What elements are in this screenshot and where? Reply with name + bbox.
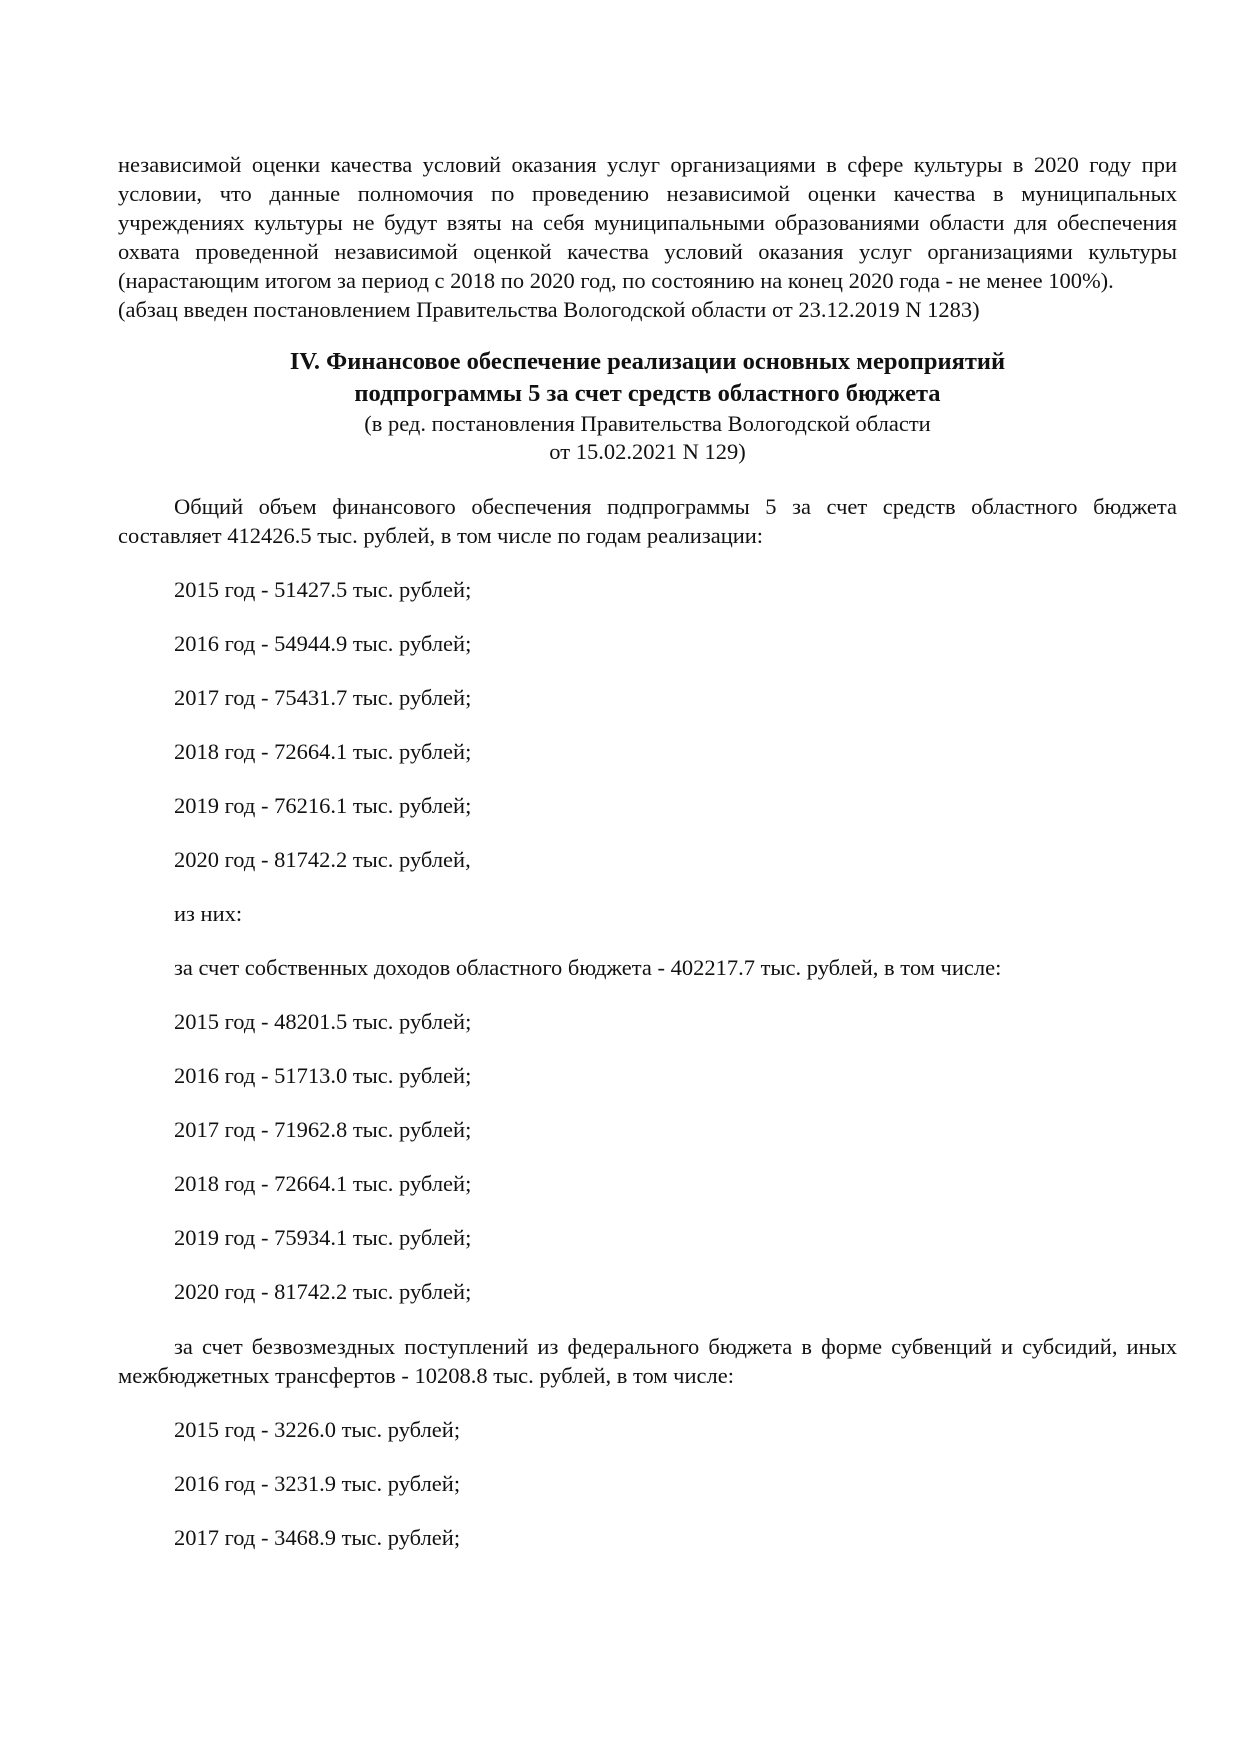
total-funding-paragraph: Общий объем финансового обеспечения подп…	[118, 492, 1177, 550]
section-heading: IV. Финансовое обеспечение реализации ос…	[118, 346, 1177, 466]
own-revenue-paragraph: за счет собственных доходов областного б…	[174, 953, 1177, 982]
document-page: независимой оценки качества условий оказ…	[118, 150, 1177, 1552]
section-amendment-line-2: от 15.02.2021 N 129)	[118, 438, 1177, 466]
amendment-note: (абзац введен постановлением Правительст…	[118, 295, 1177, 324]
of-them-label: из них:	[174, 899, 1177, 928]
federal-year-item: 2016 год - 3231.9 тыс. рублей;	[174, 1469, 1177, 1498]
total-year-item: 2019 год - 76216.1 тыс. рублей;	[174, 791, 1177, 820]
total-year-item: 2017 год - 75431.7 тыс. рублей;	[174, 683, 1177, 712]
own-revenue-year-item: 2016 год - 51713.0 тыс. рублей;	[174, 1061, 1177, 1090]
federal-year-item: 2015 год - 3226.0 тыс. рублей;	[174, 1415, 1177, 1444]
total-year-item: 2016 год - 54944.9 тыс. рублей;	[174, 629, 1177, 658]
federal-year-item: 2017 год - 3468.9 тыс. рублей;	[174, 1523, 1177, 1552]
own-revenue-year-item: 2017 год - 71962.8 тыс. рублей;	[174, 1115, 1177, 1144]
section-title-line-1: IV. Финансовое обеспечение реализации ос…	[118, 346, 1177, 378]
total-year-item: 2018 год - 72664.1 тыс. рублей;	[174, 737, 1177, 766]
own-revenue-year-item: 2019 год - 75934.1 тыс. рублей;	[174, 1223, 1177, 1252]
own-revenue-year-item: 2018 год - 72664.1 тыс. рублей;	[174, 1169, 1177, 1198]
total-year-item: 2015 год - 51427.5 тыс. рублей;	[174, 575, 1177, 604]
own-revenue-year-item: 2015 год - 48201.5 тыс. рублей;	[174, 1007, 1177, 1036]
section-amendment-line-1: (в ред. постановления Правительства Воло…	[118, 410, 1177, 438]
own-revenue-year-item: 2020 год - 81742.2 тыс. рублей;	[174, 1277, 1177, 1306]
federal-funding-paragraph: за счет безвозмездных поступлений из фед…	[118, 1332, 1177, 1390]
intro-paragraph: независимой оценки качества условий оказ…	[118, 150, 1177, 295]
total-year-item: 2020 год - 81742.2 тыс. рублей,	[174, 845, 1177, 874]
section-title-line-2: подпрограммы 5 за счет средств областног…	[118, 378, 1177, 410]
